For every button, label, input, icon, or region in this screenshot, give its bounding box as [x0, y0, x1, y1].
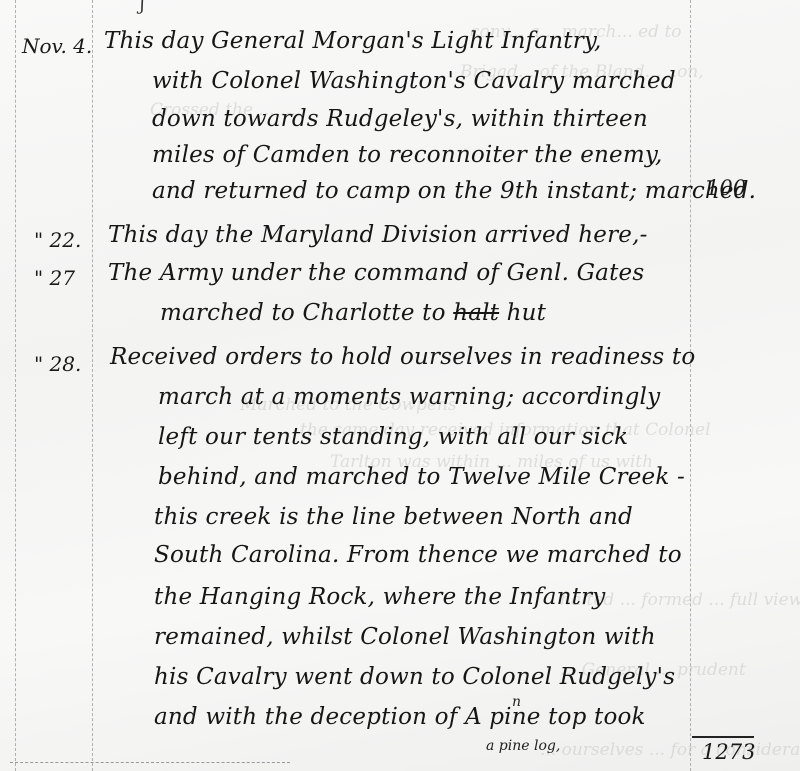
top-fragment: ʃ: [140, 0, 145, 15]
entry-line: Received orders to hold ourselves in rea…: [110, 344, 695, 370]
interlinear-insert: n: [512, 694, 521, 710]
miles-marched: 100: [706, 176, 746, 200]
entry-line: left our tents standing, with all our si…: [158, 424, 628, 450]
entry-line: and returned to camp on the 9th instant;…: [152, 178, 756, 204]
entry-date: " 22.: [34, 228, 81, 252]
manuscript-page: conv... a... march... ed to Brigad... of…: [0, 0, 800, 771]
bleed-through-text: ... ourselves ... for a considerable: [540, 740, 800, 760]
margin-rule: [92, 0, 93, 771]
entry-line: this creek is the line between North and: [154, 504, 633, 530]
entry-line: South Carolina. From thence we marched t…: [154, 542, 682, 568]
entry-line: remained, whilst Colonel Washington with: [154, 624, 656, 650]
entry-line: This day General Morgan's Light Infantry…: [104, 28, 602, 54]
margin-rule: [690, 0, 691, 771]
margin-rule: [15, 0, 16, 771]
entry-date: " 28.: [34, 352, 81, 376]
bottom-margin-rule: [10, 762, 290, 763]
entry-line: The Army under the command of Genl. Gate…: [108, 260, 644, 286]
running-total: 1273: [702, 740, 755, 764]
entry-line: miles of Camden to reconnoiter the enemy…: [152, 142, 663, 168]
entry-line: his Cavalry went down to Colonel Rudgely…: [154, 664, 675, 690]
total-rule: [692, 736, 754, 738]
entry-date: Nov. 4.: [22, 34, 92, 58]
entry-line: the Hanging Rock, where the Infantry: [154, 584, 605, 610]
entry-line: march at a moments warning; accordingly: [158, 384, 660, 410]
entry-line: down towards Rudgeley's, within thirteen: [152, 106, 648, 132]
entry-line: This day the Maryland Division arrived h…: [108, 222, 648, 248]
entry-line: with Colonel Washington's Cavalry marche…: [152, 68, 676, 94]
struck-word: halt: [453, 300, 499, 326]
entry-line: and with the deception of A pine top too…: [154, 704, 646, 730]
interlinear-note: a pine log,: [486, 738, 560, 754]
entry-line: behind, and marched to Twelve Mile Creek…: [158, 464, 685, 490]
correction-word: hut: [507, 300, 546, 326]
entry-line-text: marched to Charlotte to: [160, 300, 446, 326]
entry-line: marched to Charlotte to halt hut: [160, 300, 546, 326]
entry-date: " 27: [34, 266, 75, 290]
